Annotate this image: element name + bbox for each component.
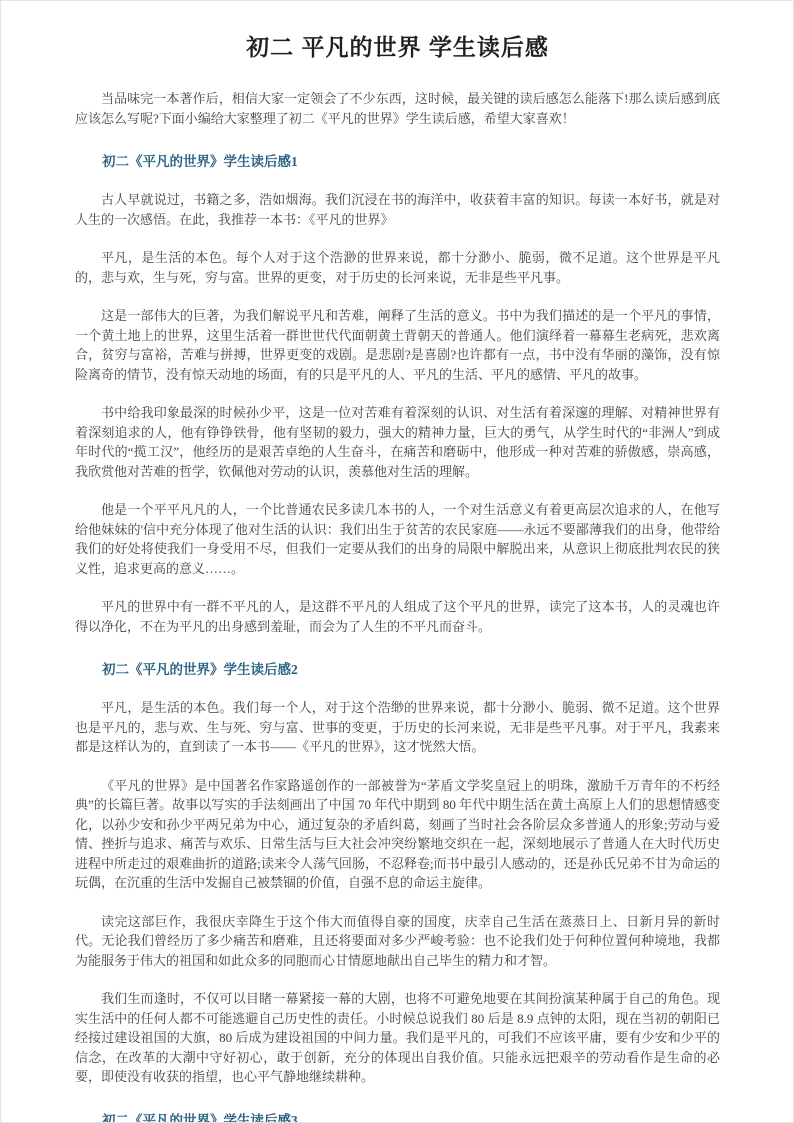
section-2-paragraph-4: 我们生而逢时，不仅可以目睹一幕紧接一幕的大剧，也将不可避免地要在其间扮演某种属于… — [75, 989, 720, 1087]
section-1-paragraph-2: 平凡，是生活的本色。每个人对于这个浩渺的世界来说，都十分渺小、脆弱，微不足道。这… — [75, 248, 720, 287]
section-1-paragraph-5: 他是一个平平凡凡的人，一个比普通农民多读几本书的人，一个对生活意义有着更高层次追… — [75, 500, 720, 578]
section-2-paragraph-1: 平凡，是生活的本色。我们每一个人，对于这个浩缈的世界来说，都十分渺小、脆弱、微不… — [75, 698, 720, 757]
page-title: 初二 平凡的世界 学生读后感 — [75, 31, 720, 63]
section-1-heading: 初二《平凡的世界》学生读后感1 — [75, 153, 720, 171]
section-2-paragraph-3: 读完这部巨作，我很庆幸降生于这个伟大而值得自豪的国度，庆幸自己生活在蒸蒸日上、日… — [75, 912, 720, 971]
intro-paragraph: 当品味完一本著作后，相信大家一定领会了不少东西，这时候，最关键的读后感怎么能落下… — [75, 89, 720, 128]
section-2-paragraph-2: 《平凡的世界》是中国著名作家路遥创作的一部被誉为“茅盾文学奖皇冠上的明珠，激励千… — [75, 776, 720, 893]
section-1-paragraph-1: 古人早就说过，书籍之多，浩如烟海。我们沉浸在书的海洋中，收获着丰富的知识。每读一… — [75, 190, 720, 229]
section-3-heading: 初二《平凡的世界》学生读后感3 — [75, 1112, 720, 1123]
document-page: 初二 平凡的世界 学生读后感 当品味完一本著作后，相信大家一定领会了不少东西，这… — [0, 0, 794, 1123]
section-1-paragraph-6: 平凡的世界中有一群不平凡的人，是这群不平凡的人组成了这个平凡的世界，读完了这本书… — [75, 597, 720, 636]
section-2-heading: 初二《平凡的世界》学生读后感2 — [75, 661, 720, 679]
section-1-paragraph-3: 这是一部伟大的巨著，为我们解说平凡和苦难，阐释了生活的意义。书中为我们描述的是一… — [75, 306, 720, 384]
section-1-paragraph-4: 书中给我印象最深的时候孙少平，这是一位对苦难有着深刻的认识、对生活有着深邃的理解… — [75, 403, 720, 481]
